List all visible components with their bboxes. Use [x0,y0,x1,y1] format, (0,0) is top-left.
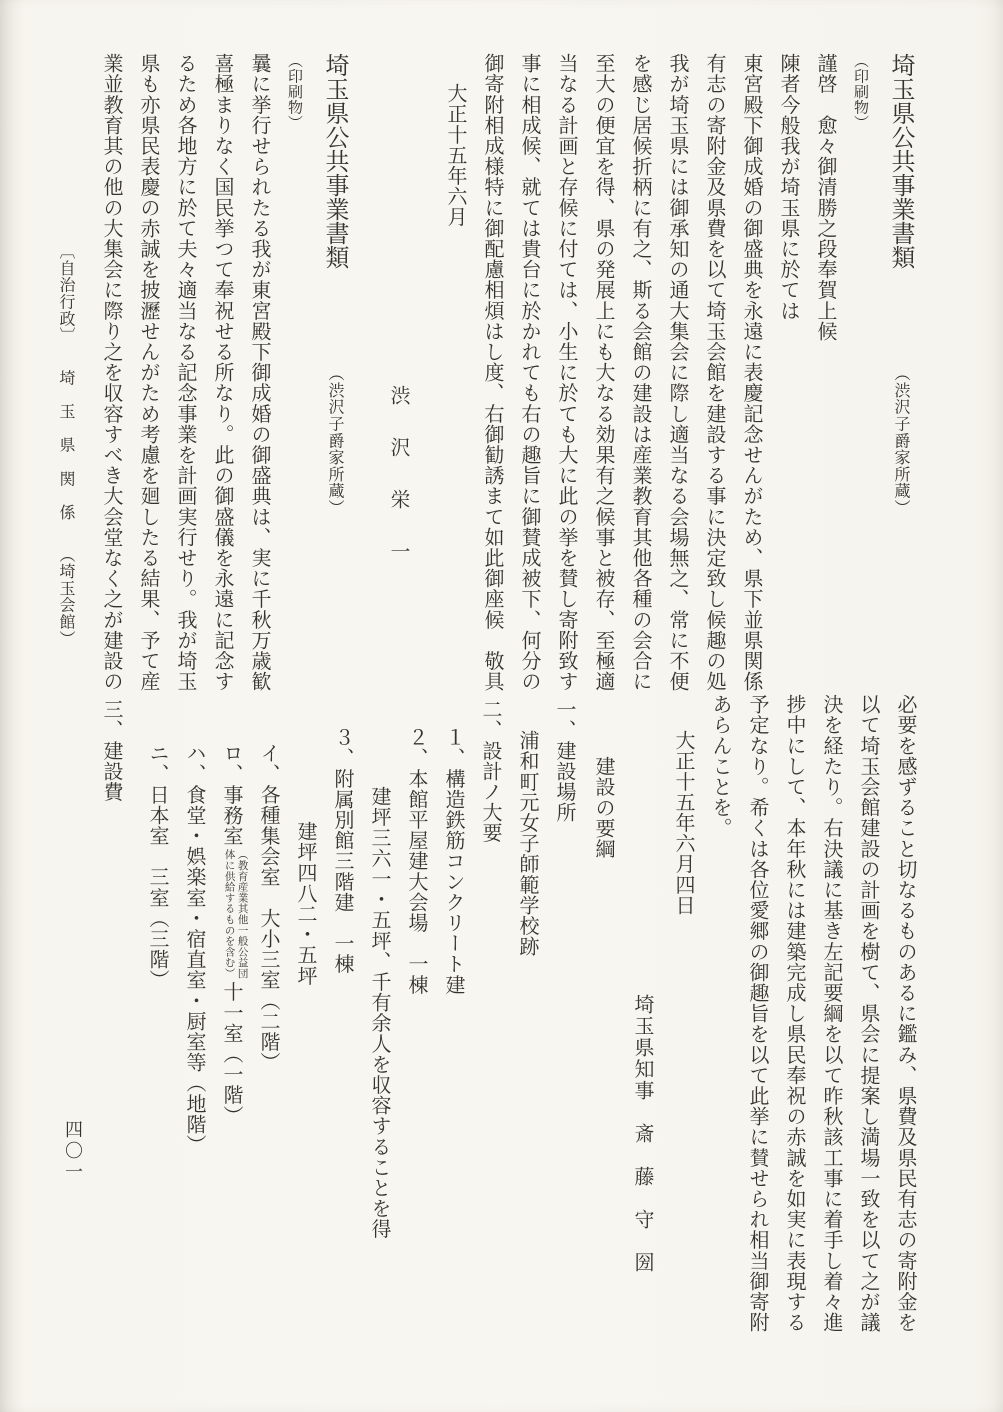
doc2-format-note: （印刷物） [277,53,311,705]
inline-note-line1: （教育産業其他一般公益団 [236,849,249,979]
doc2-line: 以て埼玉会館建設の計画を樹て、県会に提案し満場一致を以て之が議 [849,694,886,1346]
doc1-line: 御寄附相成様特に御配慮相煩はし度、右御勧誘まて如此御座候 敬具 [473,53,510,705]
outline-item-2-2-detail: 建坪三六一・五坪、千有余人を収容することを得 [360,694,397,1346]
margin-category-label: 〔自治行政〕 埼 玉 県 関 係 （埼玉会館） [54,243,77,647]
document-page: 埼玉県公共事業書類（渋沢子爵家所蔵） （印刷物） 謹啓 愈々御清勝之段奉賀上候 … [0,0,1003,1412]
outline-item-ni: ニ、日本室 三室（三階） [138,694,175,1346]
doc1-format-note: （印刷物） [843,53,877,705]
doc1-line: 有志の寄附金及県費を以て埼玉会館を建設する事に決定致し候趣の処 [695,53,732,705]
doc2-signature: 埼玉県知事 斎 藤 守 圀 [623,694,660,1346]
doc1-attribution: （渋沢子爵家所蔵） [892,365,909,516]
outline-item-2-3: ３、附属別館三階建 一棟 [323,694,360,1346]
doc2-line: 喜極まりなく国民挙つて奉祝せる所なり。此の御盛儀を永遠に記念す [203,53,240,705]
outline-item-1: 一、建設場所 [545,694,582,1346]
inline-note: （教育産業其他一般公益団体に供給するものを含む） [223,849,249,979]
doc1-line: 至大の便宜を得、県の発展上にも大なる効果有之候事と被存、至極適 [584,53,621,705]
doc1-signature: 渋 沢 栄 一 [379,53,416,705]
doc2-line: 業並教育其の他の大集会に際り之を収容すべき大会堂なく之が建設の [92,53,129,705]
doc1-line: 我が埼玉県には御承知の通大集会に際し適当なる会場無之、常に不便 [658,53,695,705]
doc1-title-column: 埼玉県公共事業書類（渋沢子爵家所蔵） [877,53,923,705]
outline-item-ro-suffix: 十一室（一階） [220,982,242,1126]
doc2-line: 予定なり。希くは各位愛郷の御趣旨を以て此挙に賛せられ相当御寄附 [738,694,775,1346]
doc1-line: 当なる計画と存候に付ては、小生に於ても大に此の挙を賛し寄附致す [547,53,584,705]
doc2-attribution: （渋沢子爵家所蔵） [326,365,343,516]
outline-item-3: 三、建設費 [92,694,129,1346]
outline-item-ro: ロ、事務室（教育産業其他一般公益団体に供給するものを含む）十一室（一階） [212,694,249,1346]
lower-section: 必要を感ずること切なるものあるに鑑み、県費及県民有志の寄附金を 以て埼玉会館建設… [92,694,923,1346]
outline-item-2-1: １、構造鉄筋コンクリート建 [434,694,471,1346]
doc2-title: 埼玉県公共事業書類 [321,53,347,269]
doc2-line: 県も亦県民表慶の赤誠を披瀝せんがため考慮を廻したる結果、予て産 [129,53,166,705]
page-number: 四〇一 [60,1120,86,1183]
doc1-line: 東宮殿下御成婚の御盛典を永遠に表慶記念せんがため、県下並県関係 [732,53,769,705]
outline-item-ro-prefix: ロ、事務室 [220,743,242,846]
outline-item-2-3-detail: 建坪四八二・五坪 [286,694,323,1346]
outline-heading: 建設の要綱 [584,694,621,1346]
doc2-line: るため各地方に於て夫々適当なる記念事業を計画実行せり。我が埼玉 [166,53,203,705]
doc1-date: 大正十五年六月 [436,53,473,705]
doc2-line: あらんことを。 [701,694,738,1346]
outline-item-ha: ハ、食堂・娯楽室・宿直室・厨室等（地階） [175,694,212,1346]
doc2-date: 大正十五年六月四日 [664,694,701,1346]
outline-item-i: イ、各種集会室 大小三室（二階） [249,694,286,1346]
doc2-line: 曩に挙行せられたる我が東宮殿下御成婚の御盛典は、実に千秋万歳歓 [240,53,277,705]
doc2-line: 決を経たり。右決議に基き左記要綱を以て昨秋該工事に着手し着々進 [812,694,849,1346]
doc2-line: 捗中にして、本年秋には建築完成し県民奉祝の赤誠を如実に表現する [775,694,812,1346]
outline-item-2: 二、設計ノ大要 [471,694,508,1346]
doc2-title-column: 埼玉県公共事業書類（渋沢子爵家所蔵） [311,53,357,705]
doc1-line: 陳者今般我が埼玉県に於ては [769,53,806,705]
doc1-line: 謹啓 愈々御清勝之段奉賀上候 [806,53,843,705]
inline-note-line2: 体に供給するものを含む） [223,849,236,979]
doc1-line: を感じ居候折柄に有之、斯る会館の建設は産業教育其他各種の会合に [621,53,658,705]
outline-item-1-detail: 浦和町元女子師範学校跡 [508,694,545,1346]
doc1-line: 事に相成候、就ては貴台に於かれても右の趣旨に御賛成被下、何分の [510,53,547,705]
doc2-line: 必要を感ずること切なるものあるに鑑み、県費及県民有志の寄附金を [886,694,923,1346]
upper-section: 埼玉県公共事業書類（渋沢子爵家所蔵） （印刷物） 謹啓 愈々御清勝之段奉賀上候 … [92,53,923,705]
outline-item-2-2: ２、本館平屋建大会場 一棟 [397,694,434,1346]
doc1-title: 埼玉県公共事業書類 [887,53,913,269]
